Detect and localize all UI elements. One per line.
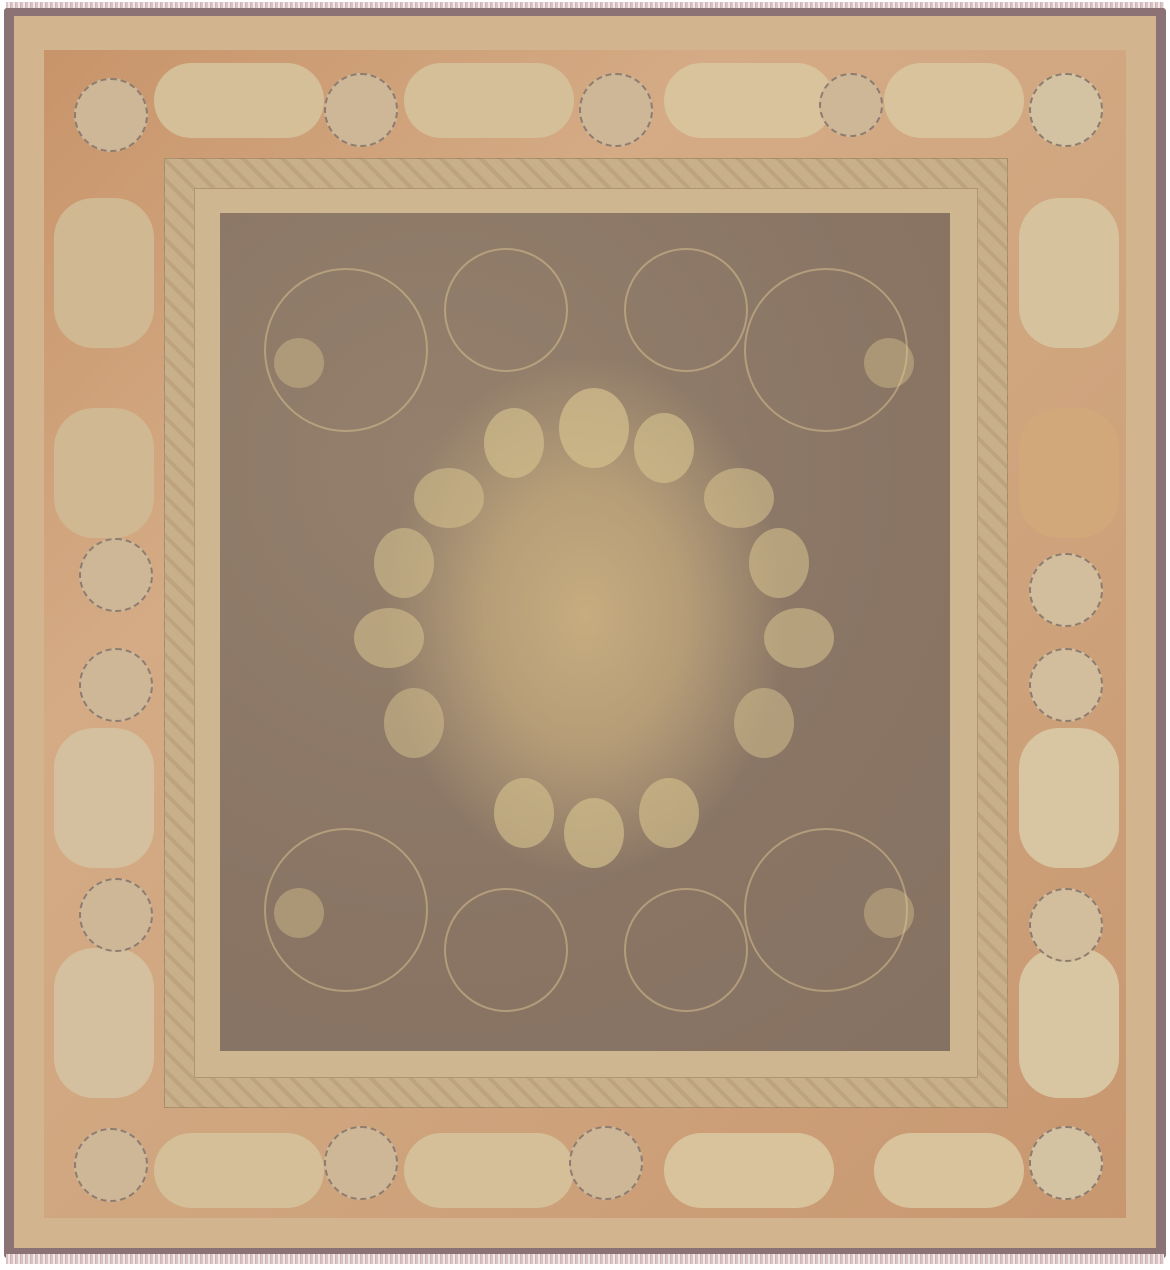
field-palmette	[384, 688, 444, 758]
border-medallion	[324, 73, 398, 147]
border-medallion	[569, 1126, 643, 1200]
border-medallion	[579, 73, 653, 147]
field-palmette	[734, 688, 794, 758]
border-medallion	[819, 73, 883, 137]
field-vine-scroll	[624, 248, 748, 372]
border-cartouche	[404, 63, 574, 138]
field-vine-scroll	[744, 828, 908, 992]
border-medallion	[79, 648, 153, 722]
field-palmette	[704, 468, 774, 528]
border-medallion	[79, 878, 153, 952]
border-medallion	[1029, 553, 1103, 627]
field-palmette	[639, 778, 699, 848]
border-cartouche	[404, 1133, 574, 1208]
field-palmette	[494, 778, 554, 848]
border-cartouche	[874, 1133, 1024, 1208]
border-cartouche	[1019, 408, 1119, 538]
border-medallion	[79, 538, 153, 612]
border-cartouche	[154, 1133, 324, 1208]
field-palmette	[749, 528, 809, 598]
field-palmette	[484, 408, 544, 478]
field-vine-scroll	[444, 888, 568, 1012]
rug	[4, 8, 1166, 1258]
border-cartouche	[154, 63, 324, 138]
field-vine-scroll	[624, 888, 748, 1012]
border-cartouche	[1019, 728, 1119, 868]
border-cartouche	[54, 408, 154, 538]
border-medallion	[74, 78, 148, 152]
border-medallion	[324, 1126, 398, 1200]
border-medallion	[1029, 73, 1103, 147]
border-medallion	[1029, 1126, 1103, 1200]
border-cartouche	[54, 728, 154, 868]
border-medallion	[74, 1128, 148, 1202]
border-cartouche	[54, 948, 154, 1098]
border-cartouche	[54, 198, 154, 348]
border-cartouche	[664, 1133, 834, 1208]
field-palmette	[414, 468, 484, 528]
field-vine-scroll	[264, 828, 428, 992]
field-vine-scroll	[744, 268, 908, 432]
field-vine-scroll	[444, 248, 568, 372]
field-palmette	[354, 608, 424, 668]
bottom-fringe	[6, 1254, 1164, 1264]
field-palmette	[374, 528, 434, 598]
border-cartouche	[884, 63, 1024, 138]
border-medallion	[1029, 648, 1103, 722]
border-medallion	[1029, 888, 1103, 962]
field-palmette	[764, 608, 834, 668]
border-cartouche	[1019, 948, 1119, 1098]
field-palmette	[559, 388, 629, 468]
border-cartouche	[1019, 198, 1119, 348]
border-cartouche	[664, 63, 834, 138]
field-vine-scroll	[264, 268, 428, 432]
field-palmette	[634, 413, 694, 483]
field-palmette	[564, 798, 624, 868]
